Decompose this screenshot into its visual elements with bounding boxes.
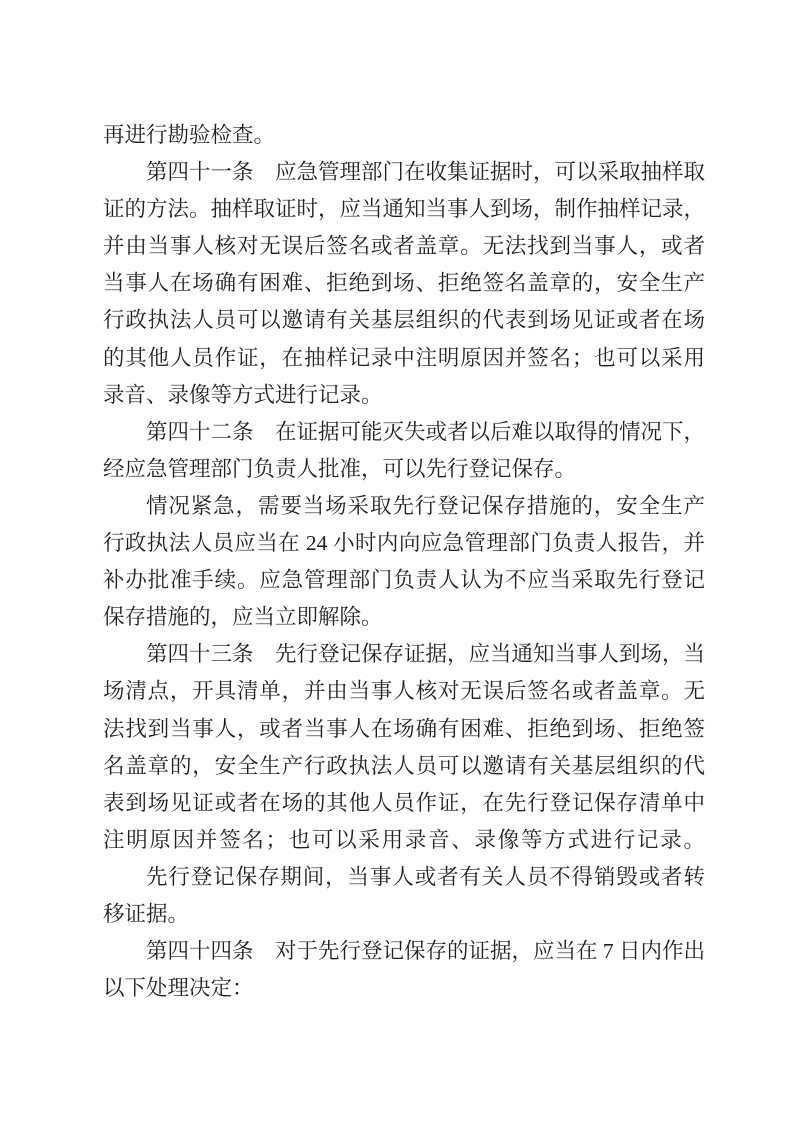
text-line: 保存措施的，应当立即解除。 bbox=[103, 599, 705, 636]
text-line: 经应急管理部门负责人批准，可以先行登记保存。 bbox=[103, 451, 705, 488]
text-line: 以下处理决定： bbox=[103, 970, 705, 1007]
text-line: 再进行勘验检查。 bbox=[103, 117, 705, 154]
text-line: 当事人在场确有困难、拒绝到场、拒绝签名盖章的，安全生产 bbox=[103, 265, 705, 302]
text-line: 的其他人员作证，在抽样记录中注明原因并签名；也可以采用 bbox=[103, 340, 705, 377]
text-line: 法找到当事人，或者当事人在场确有困难、拒绝到场、拒绝签 bbox=[103, 711, 705, 748]
text-line: 行政执法人员可以邀请有关基层组织的代表到场见证或者在场 bbox=[103, 302, 705, 339]
text-line: 行政执法人员应当在 24 小时内向应急管理部门负责人报告，并 bbox=[103, 525, 705, 562]
text-line: 场清点，开具清单，并由当事人核对无误后签名或者盖章。无 bbox=[103, 673, 705, 710]
text-line: 注明原因并签名；也可以采用录音、录像等方式进行记录。 bbox=[103, 822, 705, 859]
document-text-block: 再进行勘验检查。 第四十一条 应急管理部门在收集证据时，可以采取抽样取 证的方法… bbox=[103, 117, 705, 1007]
text-line: 并由当事人核对无误后签名或者盖章。无法找到当事人，或者 bbox=[103, 228, 705, 265]
document-page: 再进行勘验检查。 第四十一条 应急管理部门在收集证据时，可以采取抽样取 证的方法… bbox=[0, 0, 793, 1122]
text-line: 表到场见证或者在场的其他人员作证，在先行登记保存清单中 bbox=[103, 785, 705, 822]
text-line-article-44-start: 第四十四条 对于先行登记保存的证据，应当在 7 日内作出 bbox=[103, 933, 705, 970]
text-line-paragraph-start: 情况紧急，需要当场采取先行登记保存措施的，安全生产 bbox=[103, 488, 705, 525]
text-line: 补办批准手续。应急管理部门负责人认为不应当采取先行登记 bbox=[103, 562, 705, 599]
text-line-article-43-start: 第四十三条 先行登记保存证据，应当通知当事人到场，当 bbox=[103, 636, 705, 673]
text-line: 证的方法。抽样取证时，应当通知当事人到场，制作抽样记录， bbox=[103, 191, 705, 228]
text-line: 移证据。 bbox=[103, 896, 705, 933]
text-line-paragraph-start: 先行登记保存期间，当事人或者有关人员不得销毁或者转 bbox=[103, 859, 705, 896]
text-line-article-41-start: 第四十一条 应急管理部门在收集证据时，可以采取抽样取 bbox=[103, 154, 705, 191]
text-line: 录音、录像等方式进行记录。 bbox=[103, 377, 705, 414]
text-line-article-42-start: 第四十二条 在证据可能灭失或者以后难以取得的情况下， bbox=[103, 414, 705, 451]
text-line: 名盖章的，安全生产行政执法人员可以邀请有关基层组织的代 bbox=[103, 748, 705, 785]
